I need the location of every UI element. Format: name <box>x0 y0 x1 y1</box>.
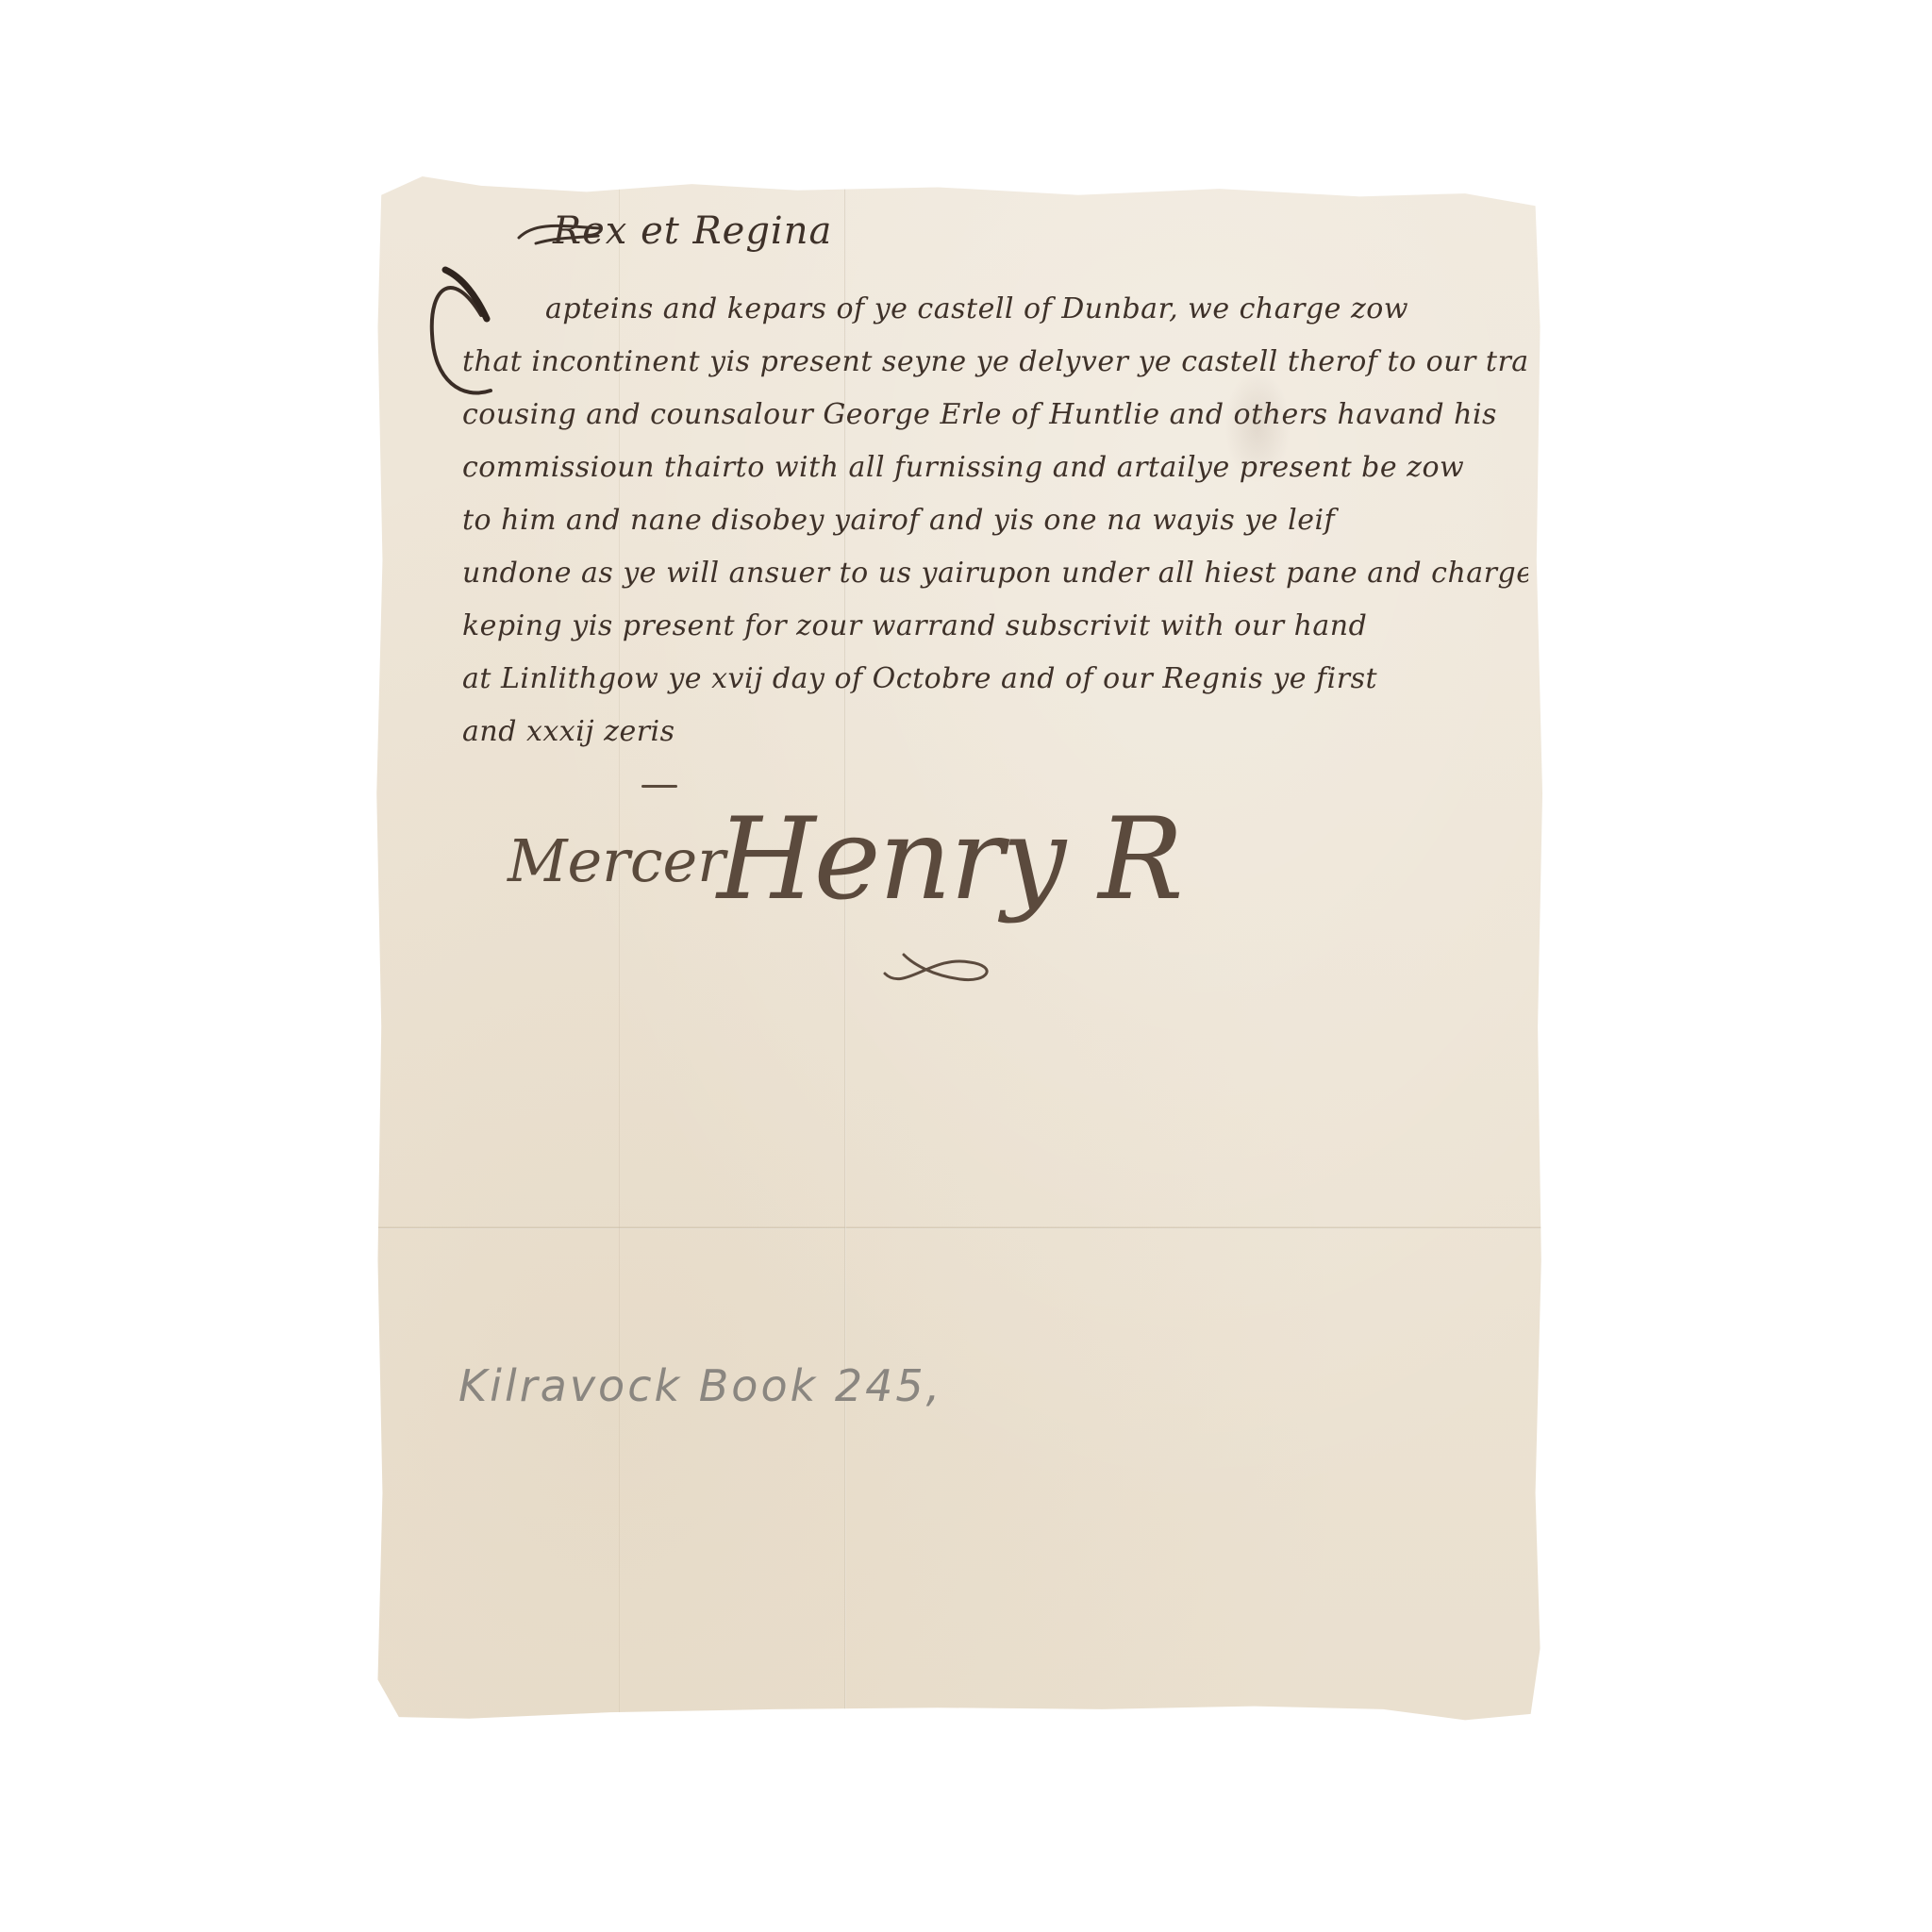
body-line-8: at Linlithgow ye xvij day of Octobre and… <box>462 653 1528 706</box>
body-line-2: that incontinent yis present seyne ye de… <box>462 336 1528 389</box>
manuscript-sheet: Rex et Regina apteins and kepars of ye c… <box>375 172 1547 1726</box>
body-line-9: and xxxij zeris <box>462 706 1528 758</box>
secretary-overline <box>641 785 677 788</box>
photo-stage: Rex et Regina apteins and kepars of ye c… <box>0 0 1932 1932</box>
letter-body: apteins and kepars of ye castell of Dunb… <box>462 283 1528 758</box>
body-line-1: apteins and kepars of ye castell of Dunb… <box>545 283 1528 336</box>
body-line-6: undone as ye will ansuer to us yairupon … <box>462 547 1528 600</box>
heading-rex-et-regina: Rex et Regina <box>553 209 832 253</box>
horizontal-fold-line <box>375 1226 1547 1229</box>
body-line-3: cousing and counsalour George Erle of Hu… <box>462 389 1528 441</box>
body-line-4: commissioun thairto with all furnissing … <box>462 441 1528 494</box>
royal-signature-flourish-icon <box>875 908 998 992</box>
pencil-annotation: Kilravock Book 245, <box>458 1360 942 1411</box>
secretary-signature: Mercer <box>508 826 725 895</box>
body-line-7: keping yis present for zour warrand subs… <box>462 600 1528 653</box>
body-line-5: to him and nane disobey yairof and yis o… <box>462 494 1528 547</box>
royal-signature: Henry R <box>717 794 1182 925</box>
